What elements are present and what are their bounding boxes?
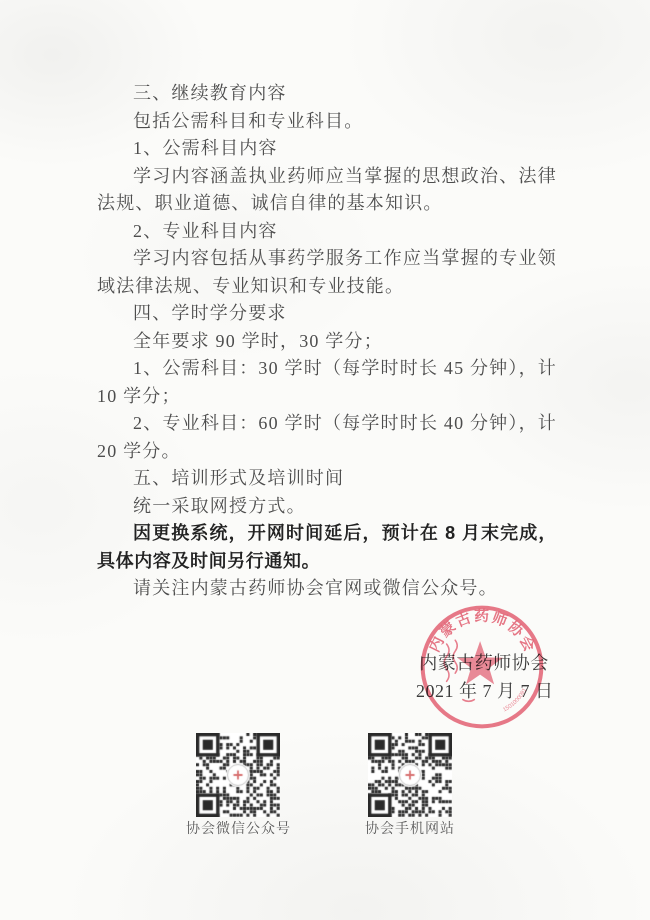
- paragraph: 请关注内蒙古药师协会官网或微信公众号。: [97, 575, 557, 603]
- paragraph: 2、专业科目内容: [97, 218, 557, 246]
- seal-arc-text: 内蒙古药师协会: [426, 607, 539, 655]
- svg-text:内蒙古药师协会: 内蒙古药师协会: [426, 607, 539, 655]
- paragraph: 统一采取网授方式。: [97, 493, 557, 521]
- paragraph: 2、专业科目：60 学时（每学时时长 40 分钟），计 20 学分。: [97, 410, 557, 465]
- paragraph: 1、公需科目：30 学时（每学时时长 45 分钟），计 10 学分；: [97, 355, 557, 410]
- paragraph: 学习内容包括从事药学服务工作应当掌握的专业领域法律法规、专业知识和专业技能。: [97, 245, 557, 300]
- paragraph: 包括公需科目和专业科目。: [97, 108, 557, 136]
- signature-org: 内蒙古药师协会: [416, 649, 552, 677]
- paragraph: 学习内容涵盖执业药师应当掌握的思想政治、法律法规、职业道德、诚信自律的基本知识。: [97, 163, 557, 218]
- paragraph: 1、公需科目内容: [97, 135, 557, 163]
- document-body: 三、继续教育内容 包括公需科目和专业科目。 1、公需科目内容 学习内容涵盖执业药…: [97, 80, 557, 603]
- qr-code-wechat: [196, 733, 280, 817]
- signature-block: 内蒙古药师协会 2021 年 7 月 7 日: [416, 649, 552, 705]
- paragraph: 全年要求 90 学时，30 学分；: [97, 328, 557, 356]
- qr-label-wechat: 协会微信公众号: [186, 818, 290, 838]
- paragraph: 四、学时学分要求: [97, 300, 557, 328]
- signature-date: 2021 年 7 月 7 日: [416, 677, 552, 705]
- paragraph-bold-notice: 因更换系统，开网时间延后，预计在 8 月末完成，具体内容及时间另行通知。: [97, 520, 557, 575]
- paragraph: 五、培训形式及培训时间: [97, 465, 557, 493]
- scanned-notice-page: 三、继续教育内容 包括公需科目和专业科目。 1、公需科目内容 学习内容涵盖执业药…: [0, 0, 650, 920]
- qr-label-mobile-site: 协会手机网站: [358, 818, 462, 838]
- qr-code-mobile-site: [368, 733, 452, 817]
- paragraph: 三、继续教育内容: [97, 80, 557, 108]
